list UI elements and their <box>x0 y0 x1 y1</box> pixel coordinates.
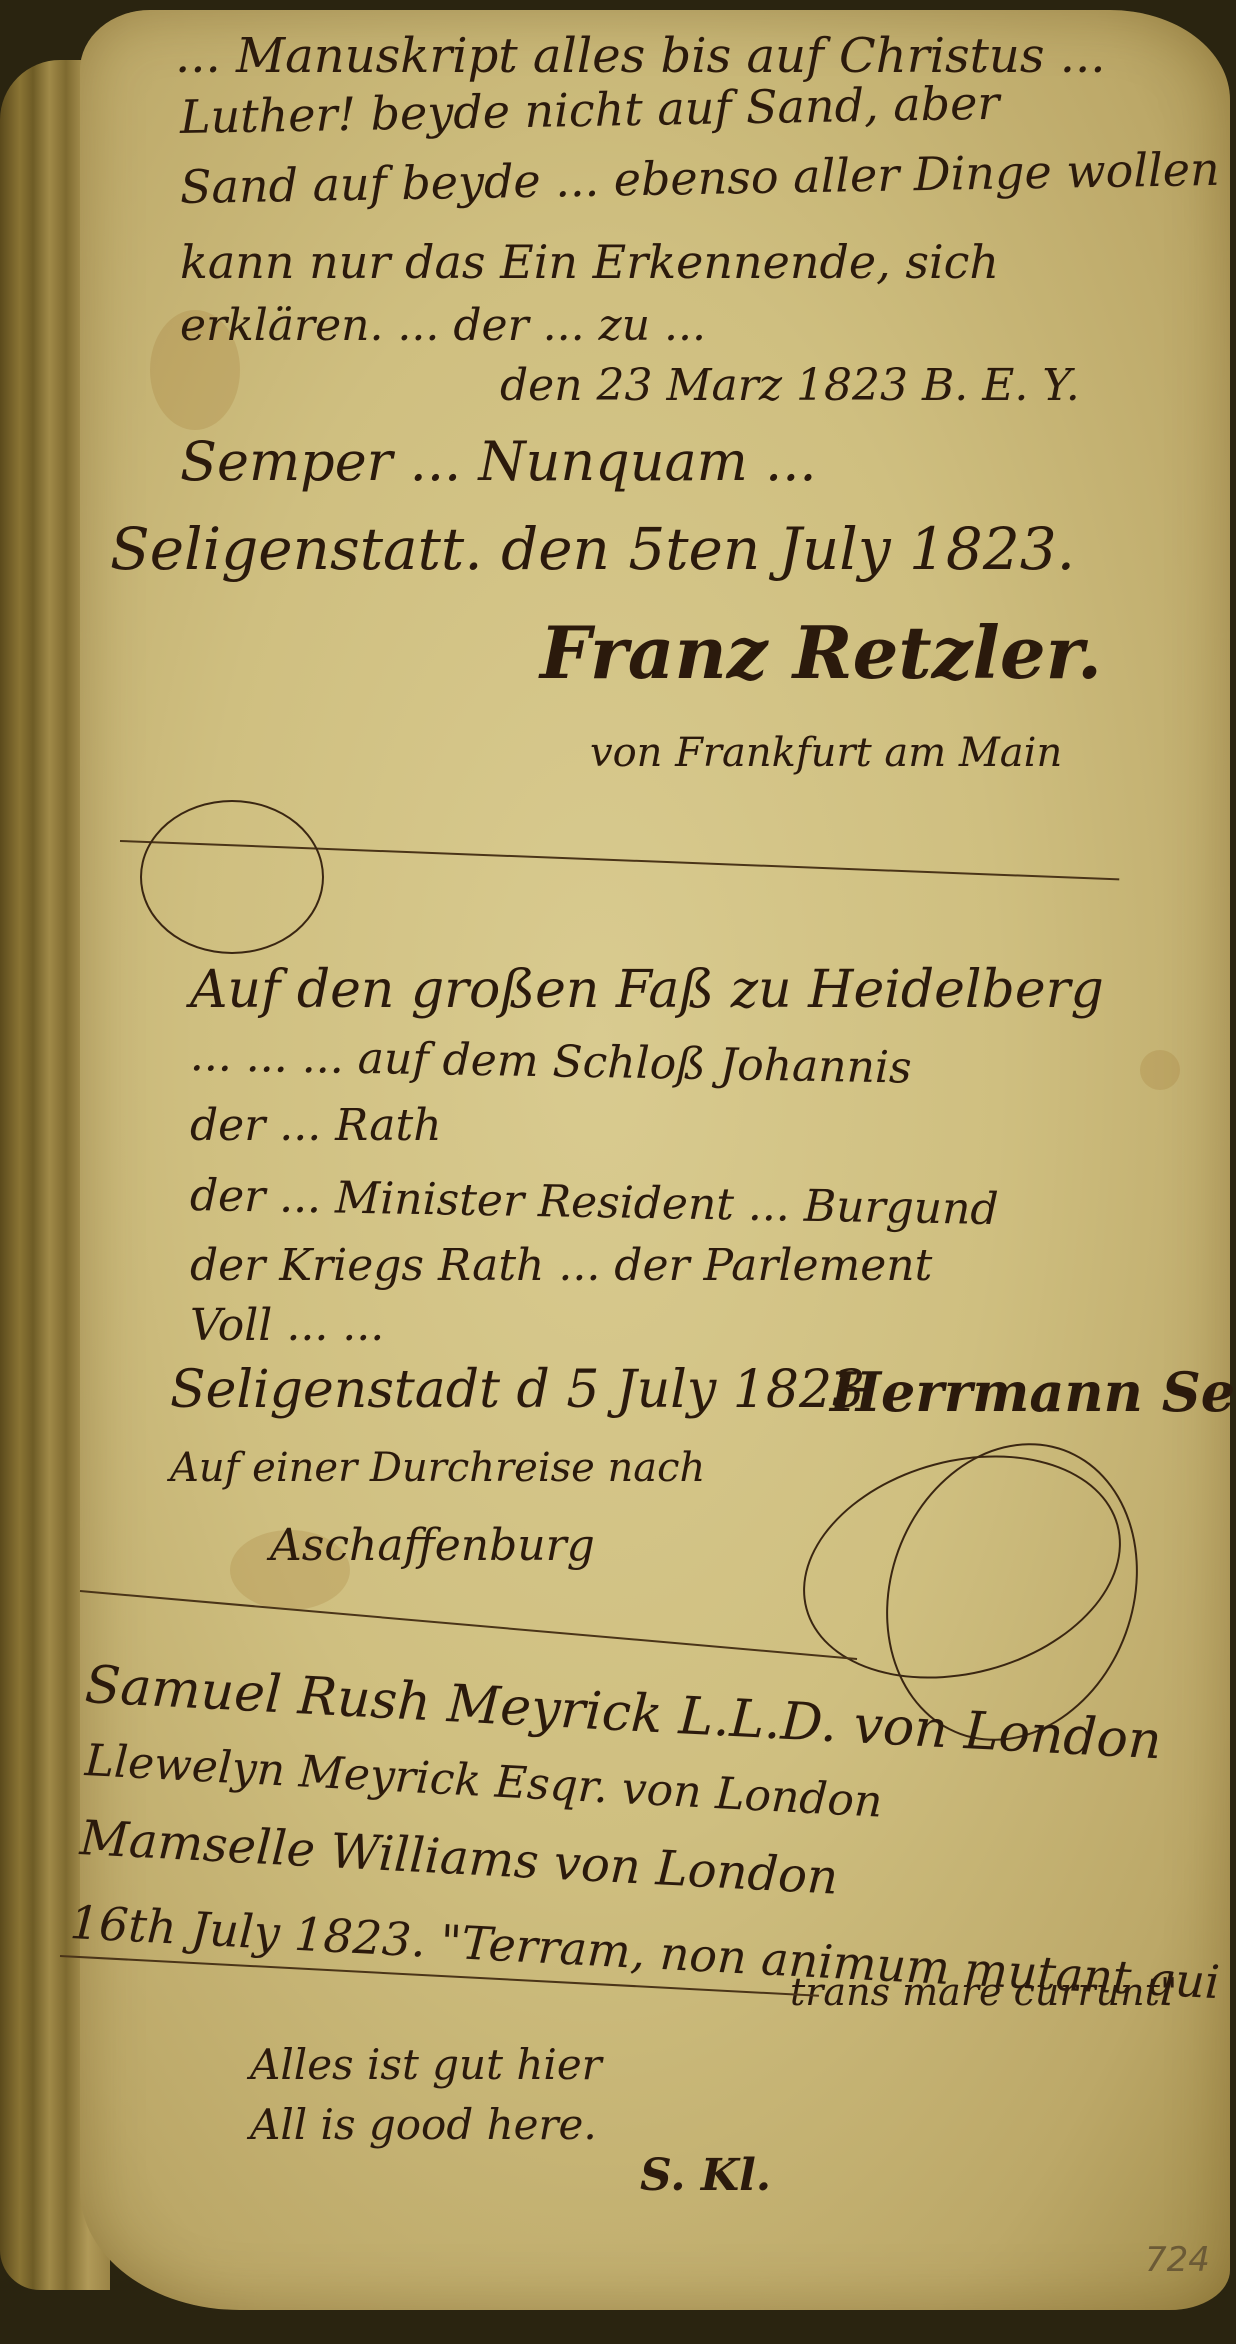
entry-5-signature: S. Kl. <box>640 2150 771 2201</box>
decorative-flourish <box>140 800 324 954</box>
entry-3-line-5: der Kriegs Rath ... der Parlement <box>190 1240 932 1291</box>
entry-5-line-2: All is good here. <box>250 2100 597 2149</box>
page-number: 724 <box>1145 2240 1210 2280</box>
entry-3-place-date: Seligenstadt d 5 July 1823 <box>170 1360 865 1420</box>
entry-3-line-1: Auf den großen Faß zu Heidelberg <box>190 960 1104 1020</box>
entry-1-line-5: erklären. ... der ... zu ... <box>180 300 706 351</box>
entry-3-postscript-1: Auf einer Durchreise nach <box>170 1445 705 1491</box>
entry-2-signature: Franz Retzler. <box>540 610 1102 695</box>
entry-5-line-1: Alles ist gut hier <box>250 2040 602 2089</box>
entry-1-date-line: den 23 Marz 1823 B. E. Y. <box>500 360 1080 411</box>
entry-2-motto: Semper ... Nunquam ... <box>180 430 817 493</box>
entry-3-line-6: Voll ... ... <box>190 1300 384 1351</box>
entry-3-postscript-2: Aschaffenburg <box>270 1520 595 1571</box>
entry-4-line-5: trans mare currunt" <box>790 1970 1177 2014</box>
entry-2-place-date: Seligenstatt. den 5ten July 1823. <box>110 515 1075 583</box>
entry-2-origin: von Frankfurt am Main <box>590 730 1062 776</box>
paper-stain <box>1140 1050 1180 1090</box>
entry-1-line-4: kann nur das Ein Erkennende, sich <box>180 235 999 289</box>
entry-3-signature: Herrmann Seiler <box>830 1360 1236 1424</box>
entry-3-line-3: der ... Rath <box>190 1100 442 1151</box>
